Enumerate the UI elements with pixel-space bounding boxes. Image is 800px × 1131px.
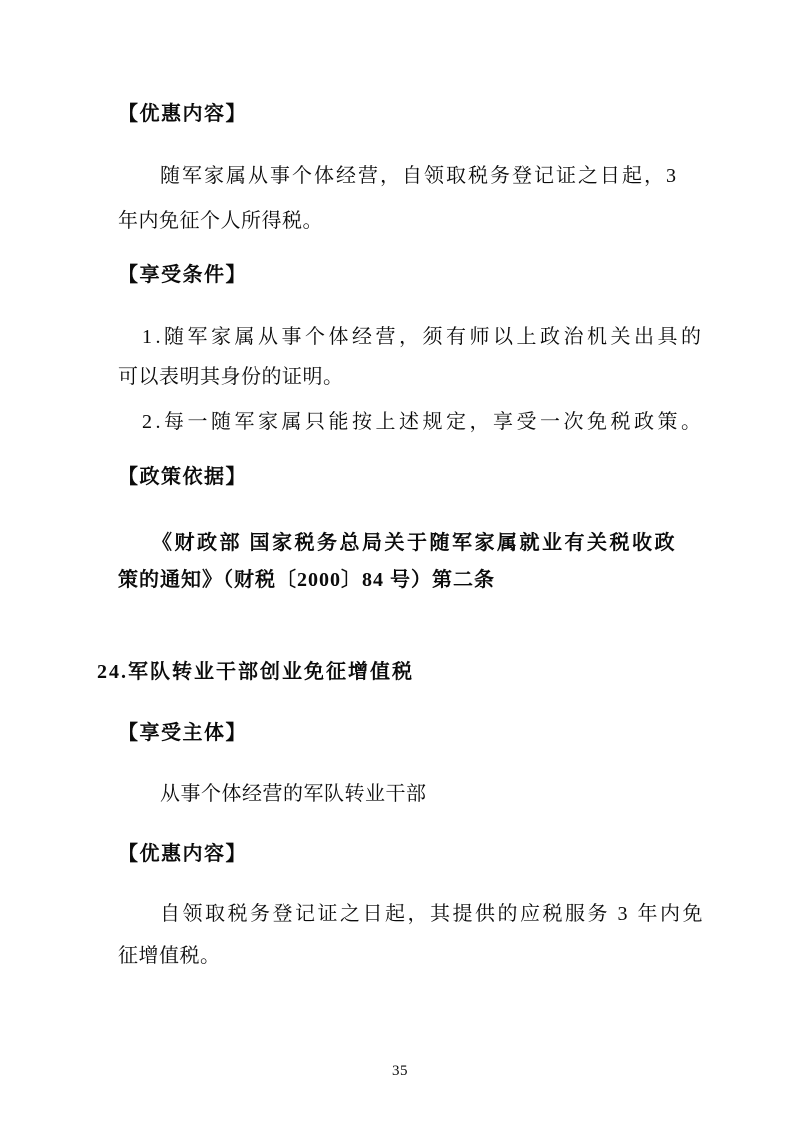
basis-line-1: 《财政部 国家税务总局关于随军家属就业有关税收政	[152, 532, 677, 555]
subject-line: 从事个体经营的军队转业干部	[160, 783, 427, 806]
benefit-24-line-1: 自领取税务登记证之日起，其提供的应税服务 3 年内免	[160, 903, 705, 926]
benefit-heading-24: 【优惠内容】	[118, 843, 247, 866]
document-page: 【优惠内容】 随军家属从事个体经营，自领取税务登记证之日起，3 年内免征个人所得…	[0, 0, 800, 1131]
page-number: 35	[0, 1063, 800, 1080]
benefit-heading-prev: 【优惠内容】	[118, 103, 247, 126]
conditions-item2-line: 2.每一随军家属只能按上述规定，享受一次免税政策。	[142, 411, 705, 434]
subject-heading: 【享受主体】	[118, 722, 247, 745]
conditions-item1-line-1: 1.随军家属从事个体经营，须有师以上政治机关出具的	[142, 326, 705, 349]
item-24-title: 24.军队转业干部创业免征增值税	[97, 661, 414, 684]
conditions-heading: 【享受条件】	[118, 264, 247, 287]
benefit-prev-line-1: 随军家属从事个体经营，自领取税务登记证之日起，3	[160, 165, 678, 188]
basis-heading: 【政策依据】	[118, 466, 247, 489]
benefit-24-line-2: 征增值税。	[118, 945, 221, 968]
basis-line-2: 策的通知》（财税〔2000〕84 号）第二条	[118, 569, 495, 592]
conditions-item1-line-2: 可以表明其身份的证明。	[118, 366, 344, 389]
benefit-prev-line-2: 年内免征个人所得税。	[118, 210, 323, 233]
